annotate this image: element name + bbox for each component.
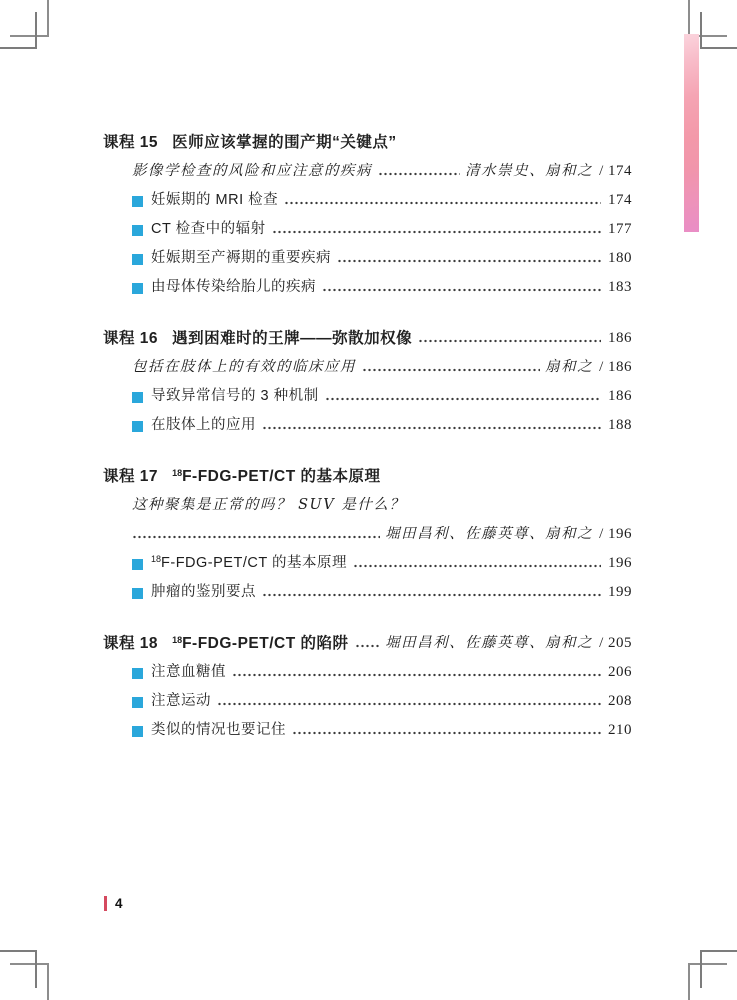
crop-mark-top-right-inner <box>700 12 737 49</box>
bullet-square-icon <box>132 392 143 403</box>
lesson-15-subtitle: 影像学检查的风险和应注意的疾病 <box>132 163 372 180</box>
dot-leader <box>232 673 601 677</box>
bullet-square-icon <box>132 421 143 432</box>
dot-leader <box>132 535 380 539</box>
bullet-square-icon <box>132 668 143 679</box>
toc-content: 课程 15 医师应该掌握的围产期“关键点” 影像学检查的风险和应注意的疾病 清水… <box>103 134 632 773</box>
dot-leader <box>362 368 540 372</box>
dot-leader <box>272 230 601 234</box>
toc-item-label: 18F-FDG-PET/CT 的基本原理 <box>151 555 347 572</box>
lesson-18-heading: 课程 18 18F-FDG-PET/CT 的陷阱 堀田昌利、佐藤英尊、扇和之 /… <box>103 635 632 652</box>
dot-leader <box>325 397 601 401</box>
page-ref: 183 <box>608 279 632 296</box>
lesson-17-authors: 堀田昌利、佐藤英尊、扇和之 <box>385 526 593 543</box>
dot-leader <box>217 702 601 706</box>
toc-item-label: 肿瘤的鉴别要点 <box>151 584 256 601</box>
toc-item: 导致异常信号的 3 种机制 186 <box>103 388 632 405</box>
toc-item-label: 注意运动 <box>151 693 211 710</box>
lesson-17-heading: 课程 17 18F-FDG-PET/CT 的基本原理 <box>103 468 632 485</box>
lesson-17-subtitle-row: 这种聚集是正常的吗？ SUV 是什么？ <box>103 497 632 514</box>
lesson-17-title-text: F-FDG-PET/CT 的基本原理 <box>182 468 380 485</box>
toc-item: 肿瘤的鉴别要点 199 <box>103 584 632 601</box>
toc-item-label: 类似的情况也要记住 <box>151 722 286 739</box>
dot-leader <box>337 259 601 263</box>
lesson-15-title: 医师应该掌握的围产期“关键点” <box>172 134 397 151</box>
dot-leader <box>353 564 601 568</box>
lesson-16-label: 课程 16 <box>103 330 158 347</box>
toc-item-label: 导致异常信号的 3 种机制 <box>151 388 319 405</box>
book-toc-page: { "page_number": "4", "colors": { "bulle… <box>0 0 737 1000</box>
isotope-superscript: 18 <box>151 554 161 564</box>
dot-leader <box>322 288 601 292</box>
page-ref: 196 <box>608 555 632 572</box>
pink-accent-bar <box>684 34 699 232</box>
page-ref: / 196 <box>599 526 632 543</box>
toc-item-text: F-FDG-PET/CT 的基本原理 <box>161 555 347 571</box>
toc-item: 妊娠期至产褥期的重要疾病 180 <box>103 250 632 267</box>
lesson-17-label: 课程 17 <box>103 468 158 485</box>
lesson-17-title: 18F-FDG-PET/CT 的基本原理 <box>172 468 380 485</box>
dot-leader <box>378 172 460 176</box>
page-ref: / 186 <box>599 359 632 376</box>
lesson-16-authors: 扇和之 <box>545 359 593 376</box>
lesson-16-subtitle-row: 包括在肢体上的有效的临床应用 扇和之 / 186 <box>103 359 632 376</box>
page-ref: 180 <box>608 250 632 267</box>
dot-leader <box>418 339 601 343</box>
toc-item-label: 妊娠期至产褥期的重要疾病 <box>151 250 331 267</box>
bullet-square-icon <box>132 254 143 265</box>
lesson-18-label: 课程 18 <box>103 635 158 652</box>
bullet-square-icon <box>132 726 143 737</box>
lesson-15-subtitle-row: 影像学检查的风险和应注意的疾病 清水崇史、扇和之 / 174 <box>103 163 632 180</box>
toc-item-label: 在肢体上的应用 <box>151 417 256 434</box>
lesson-18-authors: 堀田昌利、佐藤英尊、扇和之 <box>385 635 593 652</box>
toc-item: 由母体传染给胎儿的疾病 183 <box>103 279 632 296</box>
page-ref: 174 <box>608 192 632 209</box>
lesson-15-label: 课程 15 <box>103 134 158 151</box>
toc-item: 18F-FDG-PET/CT 的基本原理 196 <box>103 555 632 572</box>
toc-item-label: 妊娠期的 MRI 检查 <box>151 192 278 209</box>
lesson-16-heading: 课程 16 遇到困难时的王牌——弥散加权像 186 <box>103 330 632 347</box>
crop-mark-top-left-inner <box>0 12 37 49</box>
isotope-superscript: 18 <box>172 635 182 645</box>
toc-item-label: CT 检查中的辐射 <box>151 221 266 238</box>
toc-item: 类似的情况也要记住 210 <box>103 722 632 739</box>
crop-mark-bottom-right-outer <box>688 963 727 1000</box>
lesson-17-authors-row: 堀田昌利、佐藤英尊、扇和之 / 196 <box>103 526 632 543</box>
page-ref: 208 <box>608 693 632 710</box>
bullet-square-icon <box>132 559 143 570</box>
lesson-17-subtitle: 这种聚集是正常的吗？ SUV 是什么？ <box>132 497 405 514</box>
page-ref: 210 <box>608 722 632 739</box>
lesson-15-authors: 清水崇史、扇和之 <box>465 163 593 180</box>
crop-mark-bottom-left-outer <box>10 963 49 1000</box>
lesson-16-title: 遇到困难时的王牌——弥散加权像 <box>172 330 412 347</box>
toc-item-label: 由母体传染给胎儿的疾病 <box>151 279 316 296</box>
page-folio: 4 <box>104 896 123 911</box>
toc-item: 在肢体上的应用 188 <box>103 417 632 434</box>
lesson-18-title-text: F-FDG-PET/CT 的陷阱 <box>182 635 348 652</box>
lesson-16-subtitle: 包括在肢体上的有效的临床应用 <box>132 359 356 376</box>
crop-mark-top-left-outer <box>10 0 49 37</box>
page-ref: 186 <box>608 388 632 405</box>
page-number: 4 <box>115 896 123 911</box>
toc-section-lesson-15: 课程 15 医师应该掌握的围产期“关键点” 影像学检查的风险和应注意的疾病 清水… <box>103 134 632 296</box>
dot-leader <box>355 644 381 648</box>
toc-item-label: 注意血糖值 <box>151 664 226 681</box>
bullet-square-icon <box>132 225 143 236</box>
page-ref: 186 <box>608 330 632 347</box>
dot-leader <box>262 593 601 597</box>
page-ref: 188 <box>608 417 632 434</box>
dot-leader <box>292 731 601 735</box>
dot-leader <box>284 201 601 205</box>
page-ref: / 174 <box>599 163 632 180</box>
dot-leader <box>262 426 601 430</box>
lesson-18-title: 18F-FDG-PET/CT 的陷阱 <box>172 635 348 652</box>
toc-item: 注意血糖值 206 <box>103 664 632 681</box>
lesson-15-heading: 课程 15 医师应该掌握的围产期“关键点” <box>103 134 632 151</box>
toc-section-lesson-16: 课程 16 遇到困难时的王牌——弥散加权像 186 包括在肢体上的有效的临床应用… <box>103 330 632 434</box>
toc-section-lesson-17: 课程 17 18F-FDG-PET/CT 的基本原理 这种聚集是正常的吗？ SU… <box>103 468 632 601</box>
crop-mark-bottom-right-inner <box>700 950 737 988</box>
crop-mark-bottom-left-inner <box>0 950 37 988</box>
page-ref: / 205 <box>599 635 632 652</box>
page-ref: 199 <box>608 584 632 601</box>
bullet-square-icon <box>132 588 143 599</box>
bullet-square-icon <box>132 196 143 207</box>
folio-tick-bar <box>104 896 107 911</box>
crop-mark-top-right-outer <box>688 0 727 37</box>
toc-section-lesson-18: 课程 18 18F-FDG-PET/CT 的陷阱 堀田昌利、佐藤英尊、扇和之 /… <box>103 635 632 739</box>
toc-item: 妊娠期的 MRI 检查 174 <box>103 192 632 209</box>
bullet-square-icon <box>132 697 143 708</box>
page-ref: 177 <box>608 221 632 238</box>
toc-item: CT 检查中的辐射 177 <box>103 221 632 238</box>
isotope-superscript: 18 <box>172 468 182 478</box>
toc-item: 注意运动 208 <box>103 693 632 710</box>
page-ref: 206 <box>608 664 632 681</box>
bullet-square-icon <box>132 283 143 294</box>
